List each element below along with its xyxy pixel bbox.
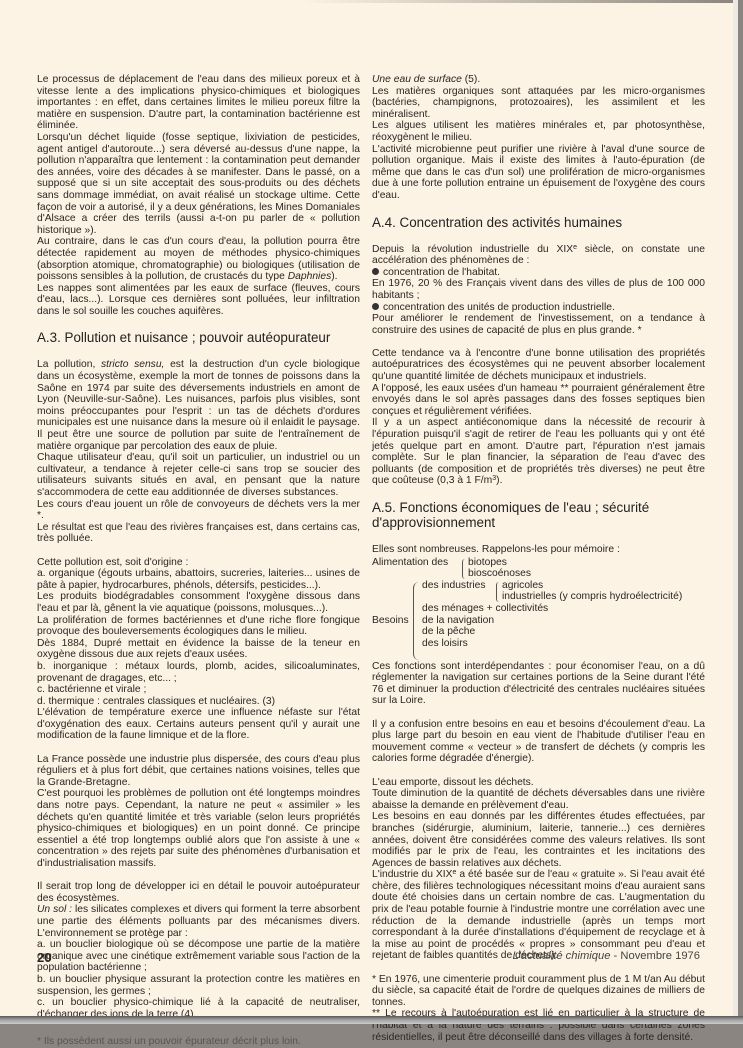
paragraph: Les matières organiques sont attaquées p…	[372, 86, 705, 121]
bullet-item: concentration des unités de production i…	[372, 302, 705, 314]
list-item: c. bactérienne et virale ;	[37, 684, 360, 696]
item-biotopes: biotopes	[468, 557, 507, 569]
paragraph: Lorsqu'un déchet liquide (fosse septique…	[37, 132, 360, 236]
bullet-item: concentration de l'habitat.	[372, 267, 705, 279]
paragraph: A l'opposé, les eaux usées d'un hameau *…	[372, 383, 705, 418]
paragraph: Depuis la révolution industrielle du XIX…	[372, 244, 705, 267]
item-navigation: de la navigation	[422, 615, 494, 627]
section-heading-a4: A.4. Concentration des activités humaine…	[372, 215, 705, 230]
paragraph: Dès 1884, Dupré mettait en évidence la b…	[37, 638, 360, 661]
list-item: a. un bouclier biologique où se décompos…	[37, 939, 360, 974]
item-agricoles: agricoles	[502, 580, 543, 592]
list-item: b. inorganique : métaux lourds, plomb, a…	[37, 661, 360, 684]
paragraph: L'industrie du XIXe a été basée sur de l…	[372, 869, 705, 962]
item-menages: des ménages + collectivités	[422, 603, 548, 615]
paragraph: La France possède une industrie plus dis…	[37, 754, 360, 789]
left-column: Le processus de déplacement de l'eau dan…	[37, 74, 360, 1024]
paragraph: Il y a un aspect antiéconomique dans la …	[372, 417, 705, 487]
paragraph: Il serait trop long de développer ici en…	[37, 881, 360, 904]
item-industrielles: industrielles (y compris hydroélectricit…	[502, 591, 682, 603]
paragraph: Les algues utilisent les matières minéra…	[372, 120, 705, 143]
paragraph: Au contraire, dans le cas d'un cours d'e…	[37, 236, 360, 282]
item-loisirs: des loisirs	[422, 638, 468, 650]
section-heading-a3: A.3. Pollution et nuisance ; pouvoir aut…	[37, 330, 360, 345]
paragraph: En 1976, 20 % des Français vivent dans d…	[372, 278, 705, 301]
paragraph: C'est pourquoi les problèmes de pollutio…	[37, 788, 360, 869]
needs-diagram: Alimentation des biotopes bioscoénoses d…	[372, 557, 705, 661]
paragraph: Les cours d'eau jouent un rôle de convoy…	[37, 499, 360, 522]
page-number: 20	[37, 950, 51, 965]
section-heading-a5: A.5. Fonctions économiques de l'eau ; sé…	[372, 500, 705, 530]
item-peche: de la pêche	[422, 626, 475, 638]
paragraph: Cette pollution est, soit d'origine :	[37, 557, 360, 569]
paragraph: Il y a confusion entre besoins en eau et…	[372, 719, 705, 765]
paragraph: Elles sont nombreuses. Rappelons-les pou…	[372, 544, 705, 556]
paragraph: Ces fonctions sont interdépendantes : po…	[372, 661, 705, 707]
page-edge	[0, 1016, 743, 1024]
list-item: b. un bouclier physique assurant la prot…	[37, 974, 360, 997]
document-page: Le processus de déplacement de l'eau dan…	[0, 0, 738, 1016]
brace-icon	[462, 559, 466, 579]
list-item: a. organique (égouts urbains, abattoirs,…	[37, 568, 360, 591]
page-edge	[733, 0, 738, 1024]
paragraph: Le processus de déplacement de l'eau dan…	[37, 74, 360, 132]
bullet-icon	[372, 268, 379, 275]
paragraph: Les besoins en eau donnés par les différ…	[372, 811, 705, 869]
paragraph: Les nappes sont alimentées par les eaux …	[37, 283, 360, 318]
paragraph: L'eau emporte, dissout les déchets.	[372, 777, 705, 789]
paragraph: Chaque utilisateur d'eau, qu'il soit un …	[37, 452, 360, 498]
paragraph: La prolifération de formes bactériennes …	[37, 615, 360, 638]
paragraph: Cette tendance va à l'encontre d'une bon…	[372, 348, 705, 383]
paragraph: Le résultat est que l'eau des rivières f…	[37, 522, 360, 545]
label-alimentation: Alimentation des	[372, 557, 448, 569]
paragraph: L'activité microbienne peut purifier une…	[372, 144, 705, 202]
paragraph: Toute diminution de la quantité de déche…	[372, 788, 705, 811]
paragraph: Les produits biodégradables consomment l…	[37, 591, 360, 614]
item-bioscoenoses: bioscoénoses	[468, 568, 531, 580]
paragraph: Pour améliorer le rendement de l'investi…	[372, 313, 705, 336]
paragraph: Un sol : les silicates complexes et dive…	[37, 904, 360, 939]
bullet-icon	[372, 303, 379, 310]
journal-credit: L'actualité chimique - Novembre 1976	[513, 950, 700, 962]
brace-icon	[413, 582, 419, 660]
scan-shadow	[300, 0, 738, 3]
label-besoins: Besoins	[372, 615, 409, 627]
label-industries: des industries	[422, 580, 486, 592]
paragraph: L'élévation de température exerce une in…	[37, 707, 360, 742]
paragraph: La pollution, stricto sensu, est la dest…	[37, 359, 360, 452]
right-column: Une eau de surface (5). Les matières org…	[372, 74, 705, 1024]
footnote: * En 1976, une cimenterie produit couram…	[372, 974, 705, 1009]
paragraph: Une eau de surface (5).	[372, 74, 705, 86]
brace-icon	[496, 582, 500, 602]
list-item: d. thermique : centrales classiques et n…	[37, 696, 360, 708]
